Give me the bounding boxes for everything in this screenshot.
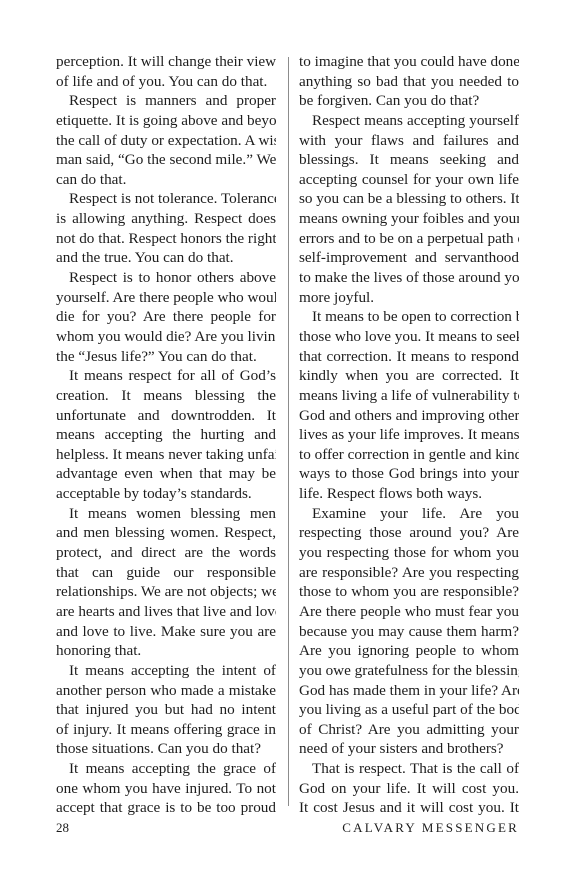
text-line: It means women blessing men xyxy=(56,504,276,524)
text-line: to imagine that you could have done xyxy=(299,52,519,72)
text-line: lives as your life improves. It means xyxy=(299,425,519,445)
text-line: It means accepting the grace of xyxy=(56,759,276,779)
text-line: Examine your life. Are you xyxy=(299,504,519,524)
text-line: be forgiven. Can you do that? xyxy=(299,91,519,111)
text-line: creation. It means blessing the xyxy=(56,386,276,406)
text-line: unfortunate and downtrodden. It xyxy=(56,406,276,426)
text-line: Respect is not tolerance. Tolerance xyxy=(56,189,276,209)
text-line: of injury. It means offering grace in xyxy=(56,720,276,740)
text-line: honoring that. xyxy=(56,641,276,661)
text-line: another person who made a mistake xyxy=(56,681,276,701)
text-line: to offer correction in gentle and kind xyxy=(299,445,519,465)
text-line: means owning your foibles and your xyxy=(299,209,519,229)
text-line: die for you? Are there people for xyxy=(56,307,276,327)
text-line: with your flaws and failures and xyxy=(299,131,519,151)
magazine-page: perception. It will change their viewof … xyxy=(0,0,575,875)
text-line: you respecting those for whom you xyxy=(299,543,519,563)
page-number: 28 xyxy=(56,818,69,838)
text-line: It cost Jesus and it will cost you. It xyxy=(299,798,519,818)
text-column-left: perception. It will change their viewof … xyxy=(56,52,276,818)
column-divider xyxy=(288,57,289,806)
text-line: the call of duty or expectation. A wise xyxy=(56,131,276,151)
text-line: anything so bad that you needed to xyxy=(299,72,519,92)
text-line: to make the lives of those around you xyxy=(299,268,519,288)
text-line: life. Respect flows both ways. xyxy=(299,484,519,504)
text-line: errors and to be on a perpetual path of xyxy=(299,229,519,249)
text-line: one whom you have injured. To not xyxy=(56,779,276,799)
text-line: acceptable by today’s standards. xyxy=(56,484,276,504)
text-line: respecting those around you? Are xyxy=(299,523,519,543)
text-line: Respect is to honor others above xyxy=(56,268,276,288)
text-line: helpless. It means never taking unfair xyxy=(56,445,276,465)
text-line: is allowing anything. Respect does xyxy=(56,209,276,229)
text-line: means living a life of vulnerability to xyxy=(299,386,519,406)
text-line: protect, and direct are the words xyxy=(56,543,276,563)
text-line: those situations. Can you do that? xyxy=(56,739,276,759)
text-line: God has made them in your life? Are xyxy=(299,681,519,701)
text-line: self-improvement and servanthood xyxy=(299,248,519,268)
text-line: perception. It will change their view xyxy=(56,52,276,72)
text-line: because you may cause them harm? xyxy=(299,622,519,642)
text-line: are responsible? Are you respecting xyxy=(299,563,519,583)
text-line: accept that grace is to be too proud xyxy=(56,798,276,818)
text-line: God and others and improving other’s xyxy=(299,406,519,426)
text-line: so you can be a blessing to others. It xyxy=(299,189,519,209)
text-line: advantage even when that may be xyxy=(56,464,276,484)
text-line: It means to be open to correction by xyxy=(299,307,519,327)
text-line: means accepting the hurting and xyxy=(56,425,276,445)
text-line: Are you ignoring people to whom xyxy=(299,641,519,661)
text-line: man said, “Go the second mile.” We xyxy=(56,150,276,170)
text-line: accepting counsel for your own life xyxy=(299,170,519,190)
text-line: whom you would die? Are you living xyxy=(56,327,276,347)
text-line: That is respect. That is the call of xyxy=(299,759,519,779)
text-line: more joyful. xyxy=(299,288,519,308)
text-line: of Christ? Are you admitting your xyxy=(299,720,519,740)
text-line: that injured you but had no intent xyxy=(56,700,276,720)
text-column-right: to imagine that you could have doneanyth… xyxy=(299,52,519,818)
text-line: you owe gratefulness for the blessing xyxy=(299,661,519,681)
text-line: and the true. You can do that. xyxy=(56,248,276,268)
text-line: blessings. It means seeking and xyxy=(299,150,519,170)
text-line: you living as a useful part of the body xyxy=(299,700,519,720)
publication-name: CALVARY MESSENGER xyxy=(342,818,519,838)
text-line: It means accepting the intent of xyxy=(56,661,276,681)
text-line: that correction. It means to respond xyxy=(299,347,519,367)
text-line: relationships. We are not objects; we xyxy=(56,582,276,602)
text-line: not do that. Respect honors the right xyxy=(56,229,276,249)
text-line: can do that. xyxy=(56,170,276,190)
text-line: yourself. Are there people who would xyxy=(56,288,276,308)
text-line: and men blessing women. Respect, xyxy=(56,523,276,543)
text-line: those who love you. It means to seek xyxy=(299,327,519,347)
text-line: kindly when you are corrected. It xyxy=(299,366,519,386)
text-line: Are there people who must fear you xyxy=(299,602,519,622)
text-line: etiquette. It is going above and beyond xyxy=(56,111,276,131)
text-line: God on your life. It will cost you. xyxy=(299,779,519,799)
text-line: of life and of you. You can do that. xyxy=(56,72,276,92)
text-line: and love to live. Make sure you are xyxy=(56,622,276,642)
text-line: Respect means accepting yourself xyxy=(299,111,519,131)
text-line: Respect is manners and proper xyxy=(56,91,276,111)
text-line: It means respect for all of God’s xyxy=(56,366,276,386)
text-line: ways to those God brings into your xyxy=(299,464,519,484)
text-line: that can guide our responsible xyxy=(56,563,276,583)
text-line: those to whom you are responsible? xyxy=(299,582,519,602)
text-line: are hearts and lives that live and love xyxy=(56,602,276,622)
text-line: need of your sisters and brothers? xyxy=(299,739,519,759)
text-line: the “Jesus life?” You can do that. xyxy=(56,347,276,367)
